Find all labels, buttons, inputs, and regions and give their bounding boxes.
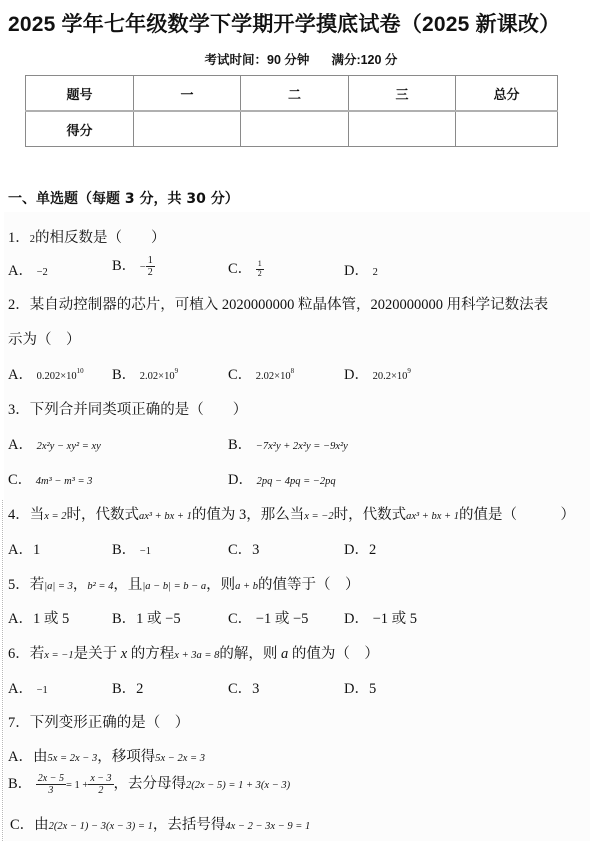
option-label: C． bbox=[228, 367, 252, 383]
option-label: A． bbox=[8, 437, 33, 453]
stem-text: ，去分母得 bbox=[114, 776, 187, 792]
option-label: B． bbox=[112, 681, 136, 697]
q6-option-a[interactable]: A． −1 bbox=[8, 677, 48, 698]
option-label: C． bbox=[228, 261, 252, 277]
q5-option-a[interactable]: A．1 或 5 bbox=[8, 607, 69, 628]
option-label: D． bbox=[344, 367, 369, 383]
question-stem: 的相反数是（ ） bbox=[35, 230, 166, 246]
score-cell-total[interactable] bbox=[456, 111, 558, 147]
q1-option-a[interactable]: A． −2 bbox=[8, 259, 48, 280]
stem-text: 的值是（ ） bbox=[459, 507, 575, 523]
question-number: 5． bbox=[8, 577, 30, 593]
exponent: 10 bbox=[77, 367, 84, 375]
option-label: C． bbox=[228, 681, 252, 697]
q2-option-b[interactable]: B． 2.02×109 bbox=[112, 363, 178, 384]
q6-option-b[interactable]: B．2 bbox=[112, 677, 143, 698]
stem-text: 的值等于（ ） bbox=[258, 577, 360, 593]
math-expression: = 1 + bbox=[66, 780, 88, 791]
option-label: D． bbox=[344, 611, 369, 627]
option-value: 0.202×10 bbox=[37, 371, 77, 382]
stem-text: 由 bbox=[33, 749, 48, 765]
q3-option-c[interactable]: C． 4m³ − m³ = 3 bbox=[8, 468, 92, 489]
question-number: 1． bbox=[8, 230, 30, 246]
header-cell-part-2: 二 bbox=[241, 76, 349, 112]
option-label: B． bbox=[112, 258, 136, 274]
math-expression: 4x − 2 − 3x − 9 = 1 bbox=[225, 821, 310, 832]
exponent: 9 bbox=[175, 367, 179, 375]
math-expression: x + 3a = 8 bbox=[174, 650, 219, 661]
exam-time: 考试时间：90 分钟 bbox=[205, 53, 310, 67]
option-label: B． bbox=[8, 776, 32, 792]
option-value: 2 bbox=[369, 542, 376, 558]
option-value: −1 或 5 bbox=[373, 611, 417, 627]
math-expression: 2(2x − 1) − 3(x − 3) = 1 bbox=[49, 821, 153, 832]
stem-text: 当 bbox=[30, 507, 45, 523]
exam-info: 考试时间：90 分钟满分:120 分 bbox=[0, 50, 602, 68]
option-value: 2.02×10 bbox=[140, 371, 175, 382]
score-cell-part-1[interactable] bbox=[134, 111, 241, 147]
question-7: 7．下列变形正确的是（ ） bbox=[8, 711, 189, 732]
q4-option-d[interactable]: D．2 bbox=[344, 538, 376, 559]
q6-option-c[interactable]: C．3 bbox=[228, 677, 259, 698]
stem-text: 的值为（ ） bbox=[292, 646, 379, 662]
option-value: 2pq − 4pq = −2pq bbox=[257, 476, 336, 487]
q7-option-a[interactable]: A．由5x = 2x − 3，移项得5x − 2x = 3 bbox=[8, 745, 205, 766]
q3-option-a[interactable]: A． 2x²y − xy² = xy bbox=[8, 433, 101, 454]
option-value: 1 bbox=[33, 542, 40, 558]
math-variable: a bbox=[281, 646, 288, 662]
q6-option-d[interactable]: D．5 bbox=[344, 677, 376, 698]
question-1: 1．2的相反数是（ ） bbox=[8, 226, 166, 247]
score-row-label: 得分 bbox=[26, 111, 134, 147]
q5-option-b[interactable]: B．1 或 −5 bbox=[112, 607, 181, 628]
denominator: 3 bbox=[36, 785, 66, 796]
option-label: B． bbox=[112, 542, 136, 558]
question-6: 6．若x = −1是关于 x 的方程x + 3a = 8的解，则 a 的值为（ … bbox=[8, 642, 379, 663]
math-expression: |a − b| = b − a bbox=[142, 581, 206, 592]
option-label: C． bbox=[8, 472, 32, 488]
stem-text: ， bbox=[73, 577, 88, 593]
option-value: −1 bbox=[37, 685, 48, 696]
math-expression: x = 2 bbox=[44, 511, 66, 522]
fraction: 12 bbox=[256, 260, 264, 279]
numerator: x − 3 bbox=[88, 773, 113, 785]
score-table: 题号 一 二 三 总分 得分 bbox=[25, 75, 558, 147]
exam-title: 2025 学年七年级数学下学期开学摸底试卷（2025 新课改） bbox=[8, 8, 560, 38]
question-number: 7． bbox=[8, 715, 30, 731]
numerator: 1 bbox=[146, 255, 155, 266]
question-number: 6． bbox=[8, 646, 30, 662]
math-expression: 2(2x − 5) = 1 + 3(x − 3) bbox=[186, 780, 290, 791]
q3-option-b[interactable]: B． −7x²y + 2x²y = −9x²y bbox=[228, 433, 348, 454]
option-label: B． bbox=[112, 611, 136, 627]
fraction: 2x − 53 bbox=[36, 773, 66, 796]
q1-option-b[interactable]: B． −12 bbox=[112, 254, 155, 278]
q4-option-a[interactable]: A．1 bbox=[8, 538, 40, 559]
stem-text: ，移项得 bbox=[97, 749, 155, 765]
q5-option-c[interactable]: C． −1 或 −5 bbox=[228, 607, 308, 628]
question-stem: 下列合并同类项正确的是（ ） bbox=[30, 402, 248, 418]
option-value: 2.02×10 bbox=[256, 371, 291, 382]
stem-text: 是关于 bbox=[74, 646, 118, 662]
option-value: 5 bbox=[369, 681, 376, 697]
option-value: 20.2×10 bbox=[373, 371, 408, 382]
exponent: 8 bbox=[291, 367, 295, 375]
question-stem: 下列变形正确的是（ ） bbox=[30, 715, 190, 731]
math-expression: ax³ + bx + 1 bbox=[139, 511, 192, 522]
option-label: A． bbox=[8, 611, 33, 627]
full-score: 满分:120 分 bbox=[331, 53, 397, 67]
stem-text: 的值为 3，那么当 bbox=[192, 507, 304, 523]
option-label: D． bbox=[344, 263, 369, 279]
question-4: 4．当x = 2时，代数式ax³ + bx + 1的值为 3，那么当x = −2… bbox=[8, 503, 575, 524]
header-cell-question-no: 题号 bbox=[26, 76, 134, 112]
stem-text: 的解，则 bbox=[219, 646, 277, 662]
option-label: C． bbox=[228, 611, 252, 627]
option-value: −1 或 −5 bbox=[256, 611, 309, 627]
math-expression: 5x − 2x = 3 bbox=[155, 753, 205, 764]
math-expression: ax³ + bx + 1 bbox=[406, 511, 459, 522]
score-cell-part-3[interactable] bbox=[349, 111, 456, 147]
q5-option-d[interactable]: D． −1 或 5 bbox=[344, 607, 417, 628]
option-label: D． bbox=[228, 472, 253, 488]
header-cell-total: 总分 bbox=[456, 76, 558, 112]
question-5: 5．若|a| = 3，b² = 4，且|a − b| = b − a，则a + … bbox=[8, 573, 359, 594]
score-cell-part-2[interactable] bbox=[241, 111, 349, 147]
question-2: 2．某自动控制器的芯片，可植入 2020000000 粒晶体管，20200000… bbox=[8, 293, 548, 314]
score-table-score-row: 得分 bbox=[26, 111, 558, 147]
option-value: 2x²y − xy² = xy bbox=[37, 441, 101, 452]
stem-text: 时，代数式 bbox=[67, 507, 140, 523]
option-value: −7x²y + 2x²y = −9x²y bbox=[256, 441, 348, 452]
q4-option-b[interactable]: B． −1 bbox=[112, 538, 151, 559]
stem-text: 时，代数式 bbox=[334, 507, 407, 523]
math-expression: a + b bbox=[235, 581, 258, 592]
exponent: 9 bbox=[407, 367, 411, 375]
option-value: −1 bbox=[140, 546, 151, 557]
math-expression: |a| = 3 bbox=[44, 581, 73, 592]
numerator: 2x − 5 bbox=[36, 773, 66, 785]
stem-text: 若 bbox=[30, 577, 45, 593]
section-title: 一、单选题（每题 3 分，共 30 分） bbox=[8, 188, 239, 208]
option-value: 3 bbox=[252, 681, 259, 697]
header-cell-part-3: 三 bbox=[349, 76, 456, 112]
math-expression: 5x = 2x − 3 bbox=[47, 753, 97, 764]
denominator: 2 bbox=[88, 785, 113, 796]
fraction: x − 32 bbox=[88, 773, 113, 796]
stem-text: ，去括号得 bbox=[153, 817, 226, 833]
math-expression: x = −1 bbox=[44, 650, 73, 661]
option-label: C． bbox=[228, 542, 252, 558]
option-label: C． bbox=[10, 817, 34, 833]
option-value: 4m³ − m³ = 3 bbox=[36, 476, 93, 487]
option-label: A． bbox=[8, 749, 33, 765]
score-table-header-row: 题号 一 二 三 总分 bbox=[26, 76, 558, 112]
stem-text: ，则 bbox=[206, 577, 235, 593]
question-3: 3．下列合并同类项正确的是（ ） bbox=[8, 398, 247, 419]
option-value: −2 bbox=[37, 267, 48, 278]
option-value: 3 bbox=[252, 542, 259, 558]
stem-text: ，且 bbox=[113, 577, 142, 593]
option-label: B． bbox=[228, 437, 252, 453]
q4-option-c[interactable]: C．3 bbox=[228, 538, 259, 559]
stem-text: 若 bbox=[30, 646, 45, 662]
binding-margin-line bbox=[2, 500, 3, 841]
fraction: 12 bbox=[146, 255, 155, 278]
option-value: 2 bbox=[373, 267, 378, 278]
option-label: A． bbox=[8, 367, 33, 383]
option-label: D． bbox=[344, 542, 369, 558]
question-2-line-2: 示为（ ） bbox=[8, 328, 81, 349]
stem-text: 的方程 bbox=[131, 646, 175, 662]
question-stem-line-1: 某自动控制器的芯片，可植入 2020000000 粒晶体管，2020000000… bbox=[30, 297, 548, 313]
math-expression: b² = 4 bbox=[87, 581, 113, 592]
option-label: D． bbox=[344, 681, 369, 697]
denominator: 2 bbox=[256, 270, 264, 279]
stem-text: 由 bbox=[34, 817, 49, 833]
option-value: 1 或 5 bbox=[33, 611, 69, 627]
q3-option-d[interactable]: D． 2pq − 4pq = −2pq bbox=[228, 468, 336, 489]
option-value: 2 bbox=[136, 681, 143, 697]
q1-option-c[interactable]: C． 12 bbox=[228, 257, 264, 279]
question-number: 2． bbox=[8, 297, 30, 313]
question-number: 4． bbox=[8, 507, 30, 523]
q1-option-d[interactable]: D． 2 bbox=[344, 259, 378, 280]
q2-option-d[interactable]: D． 20.2×109 bbox=[344, 363, 411, 384]
option-label: A． bbox=[8, 542, 33, 558]
q2-option-c[interactable]: C． 2.02×108 bbox=[228, 363, 294, 384]
option-label: B． bbox=[112, 367, 136, 383]
denominator: 2 bbox=[146, 266, 155, 278]
math-variable: x bbox=[121, 646, 127, 662]
math-expression: x = −2 bbox=[304, 511, 333, 522]
q2-option-a[interactable]: A． 0.202×1010 bbox=[8, 363, 84, 384]
q7-option-b[interactable]: B． 2x − 53= 1 +x − 32，去分母得2(2x − 5) = 1 … bbox=[8, 772, 290, 796]
header-cell-part-1: 一 bbox=[134, 76, 241, 112]
question-number: 3． bbox=[8, 402, 30, 418]
option-value: 1 或 −5 bbox=[136, 611, 180, 627]
q7-option-c[interactable]: C．由2(2x − 1) − 3(x − 3) = 1，去括号得4x − 2 −… bbox=[10, 813, 310, 834]
option-label: A． bbox=[8, 263, 33, 279]
option-label: A． bbox=[8, 681, 33, 697]
